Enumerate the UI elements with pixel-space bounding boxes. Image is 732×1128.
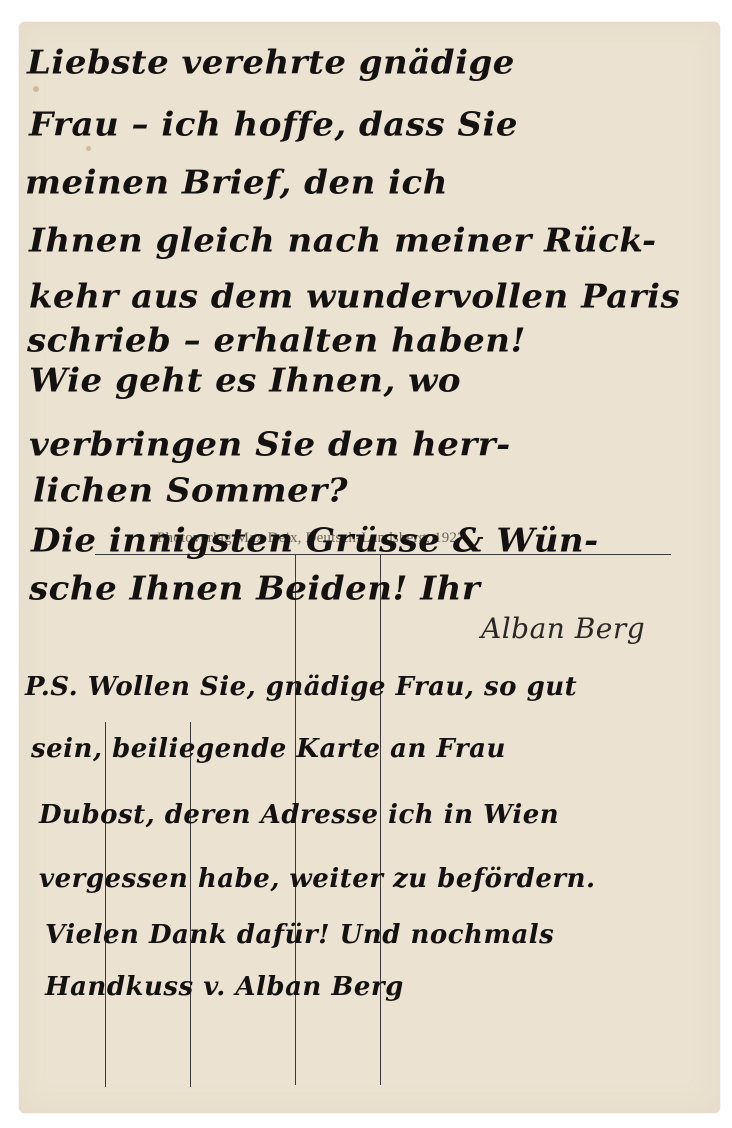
- letter-line: Ihnen gleich nach meiner Rück-: [29, 222, 657, 260]
- letter-line: verbringen Sie den herr-: [29, 426, 511, 464]
- postscript-line: sein, beiliegende Karte an Frau: [31, 734, 506, 764]
- stamp-column-line: [105, 722, 106, 1087]
- letter-line: Die innigsten Grüsse & Wün-: [31, 522, 599, 560]
- stain: [33, 86, 39, 92]
- letter-line: Liebste verehrte gnädige: [27, 44, 515, 82]
- letter-line: sche Ihnen Beiden! Ihr: [29, 570, 480, 608]
- postscript-line: Handkuss v. Alban Berg: [45, 972, 404, 1002]
- stain: [86, 146, 91, 151]
- letter-line: lichen Sommer?: [33, 472, 348, 510]
- letter-line: Wie geht es Ihnen, wo: [29, 362, 461, 400]
- signature: Alban Berg: [481, 612, 645, 645]
- letter-line: kehr aus dem wundervollen Paris: [29, 278, 680, 316]
- postscript-line: Dubost, deren Adresse ich in Wien: [39, 800, 559, 830]
- postscript-line: Vielen Dank dafür! Und nochmals: [45, 920, 554, 950]
- postscript-line: vergessen habe, weiter zu befördern.: [39, 864, 596, 894]
- stamp-column-line: [190, 722, 191, 1087]
- letter-line: meinen Brief, den ich: [25, 164, 448, 202]
- letter-line: schrieb – erhalten haben!: [27, 322, 526, 360]
- postcard-back: Photoverlag Max Deix, Deutsch-Landsberg,…: [19, 22, 720, 1113]
- postscript-line: P.S. Wollen Sie, gnädige Frau, so gut: [25, 672, 577, 702]
- letter-line: Frau – ich hoffe, dass Sie: [29, 106, 518, 144]
